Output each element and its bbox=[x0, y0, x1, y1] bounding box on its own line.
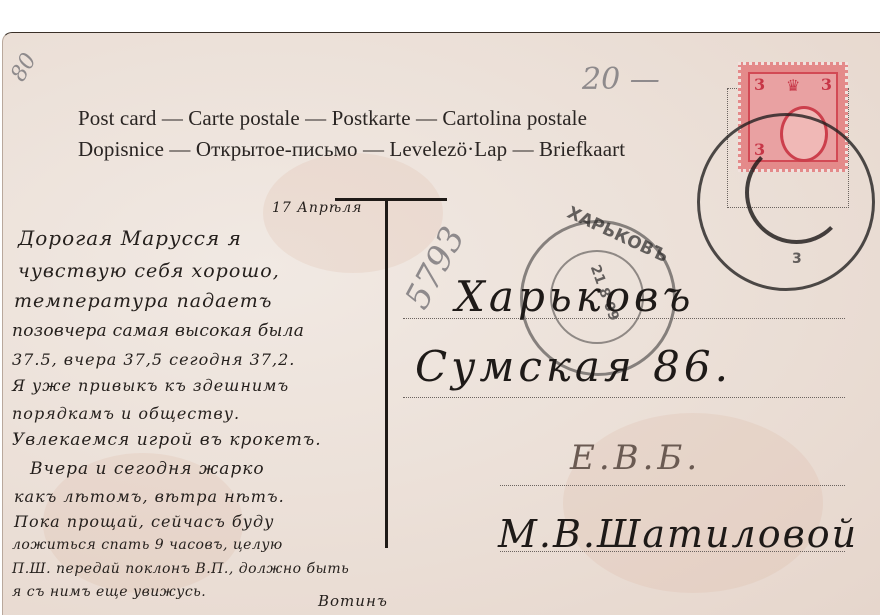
printed-header-line-1: Post card — Carte postale — Postkarte — … bbox=[78, 106, 587, 131]
message-line: позовчера самая высокая была bbox=[12, 321, 304, 341]
printed-header-line-2: Dopisnice — Открытое-письмо — Levelezö·L… bbox=[78, 137, 625, 162]
stamp-corner-numeral: 3 bbox=[821, 75, 832, 94]
origin-postmark: 3 bbox=[697, 113, 875, 291]
message-date: 17 Апрѣля bbox=[272, 200, 362, 216]
message-line: я съ нимъ еще увижусь. bbox=[12, 584, 206, 600]
message-line: Увлекаемся игрой въ крокетъ. bbox=[12, 430, 322, 450]
address-recipient: М.В.Шатиловой bbox=[498, 512, 858, 556]
postmark-number: 3 bbox=[792, 251, 802, 267]
postmark-inner-ring bbox=[745, 141, 848, 244]
message-line: Пока прощай, сейчасъ буду bbox=[14, 512, 274, 531]
message-line: чувствую себя хорошо, bbox=[18, 260, 280, 282]
message-line: порядкамъ и обществу. bbox=[12, 404, 240, 423]
message-line: Я уже привыкъ къ здешнимъ bbox=[12, 376, 289, 395]
address-city: Харьковъ bbox=[455, 272, 695, 321]
address-line-2 bbox=[403, 397, 845, 398]
pencil-price: 20 — bbox=[582, 62, 660, 97]
address-line-3 bbox=[500, 485, 845, 486]
message-line: какъ лѣтомъ, вѣтра нѣтъ. bbox=[14, 487, 285, 506]
message-signature: Вотинъ bbox=[318, 592, 388, 610]
message-line: Вчера и сегодня жарко bbox=[30, 459, 265, 479]
message-line: П.Ш. передай поклонъ В.П., должно быть bbox=[12, 561, 349, 577]
message-line: Дорогая Марусся я bbox=[18, 226, 242, 250]
address-honorific: Е.В.Б. bbox=[570, 438, 701, 478]
address-street: Сумская 86. bbox=[415, 342, 732, 391]
crown-icon: ♛ bbox=[786, 76, 800, 96]
message-line: 37.5, вчера 37,5 сегодня 37,2. bbox=[12, 350, 295, 369]
stamp-corner-numeral: 3 bbox=[754, 75, 765, 94]
message-line: температура падаетъ bbox=[14, 290, 272, 312]
message-line: ложиться спать 9 часовъ, целую bbox=[12, 537, 283, 553]
divider-vertical bbox=[385, 200, 388, 548]
